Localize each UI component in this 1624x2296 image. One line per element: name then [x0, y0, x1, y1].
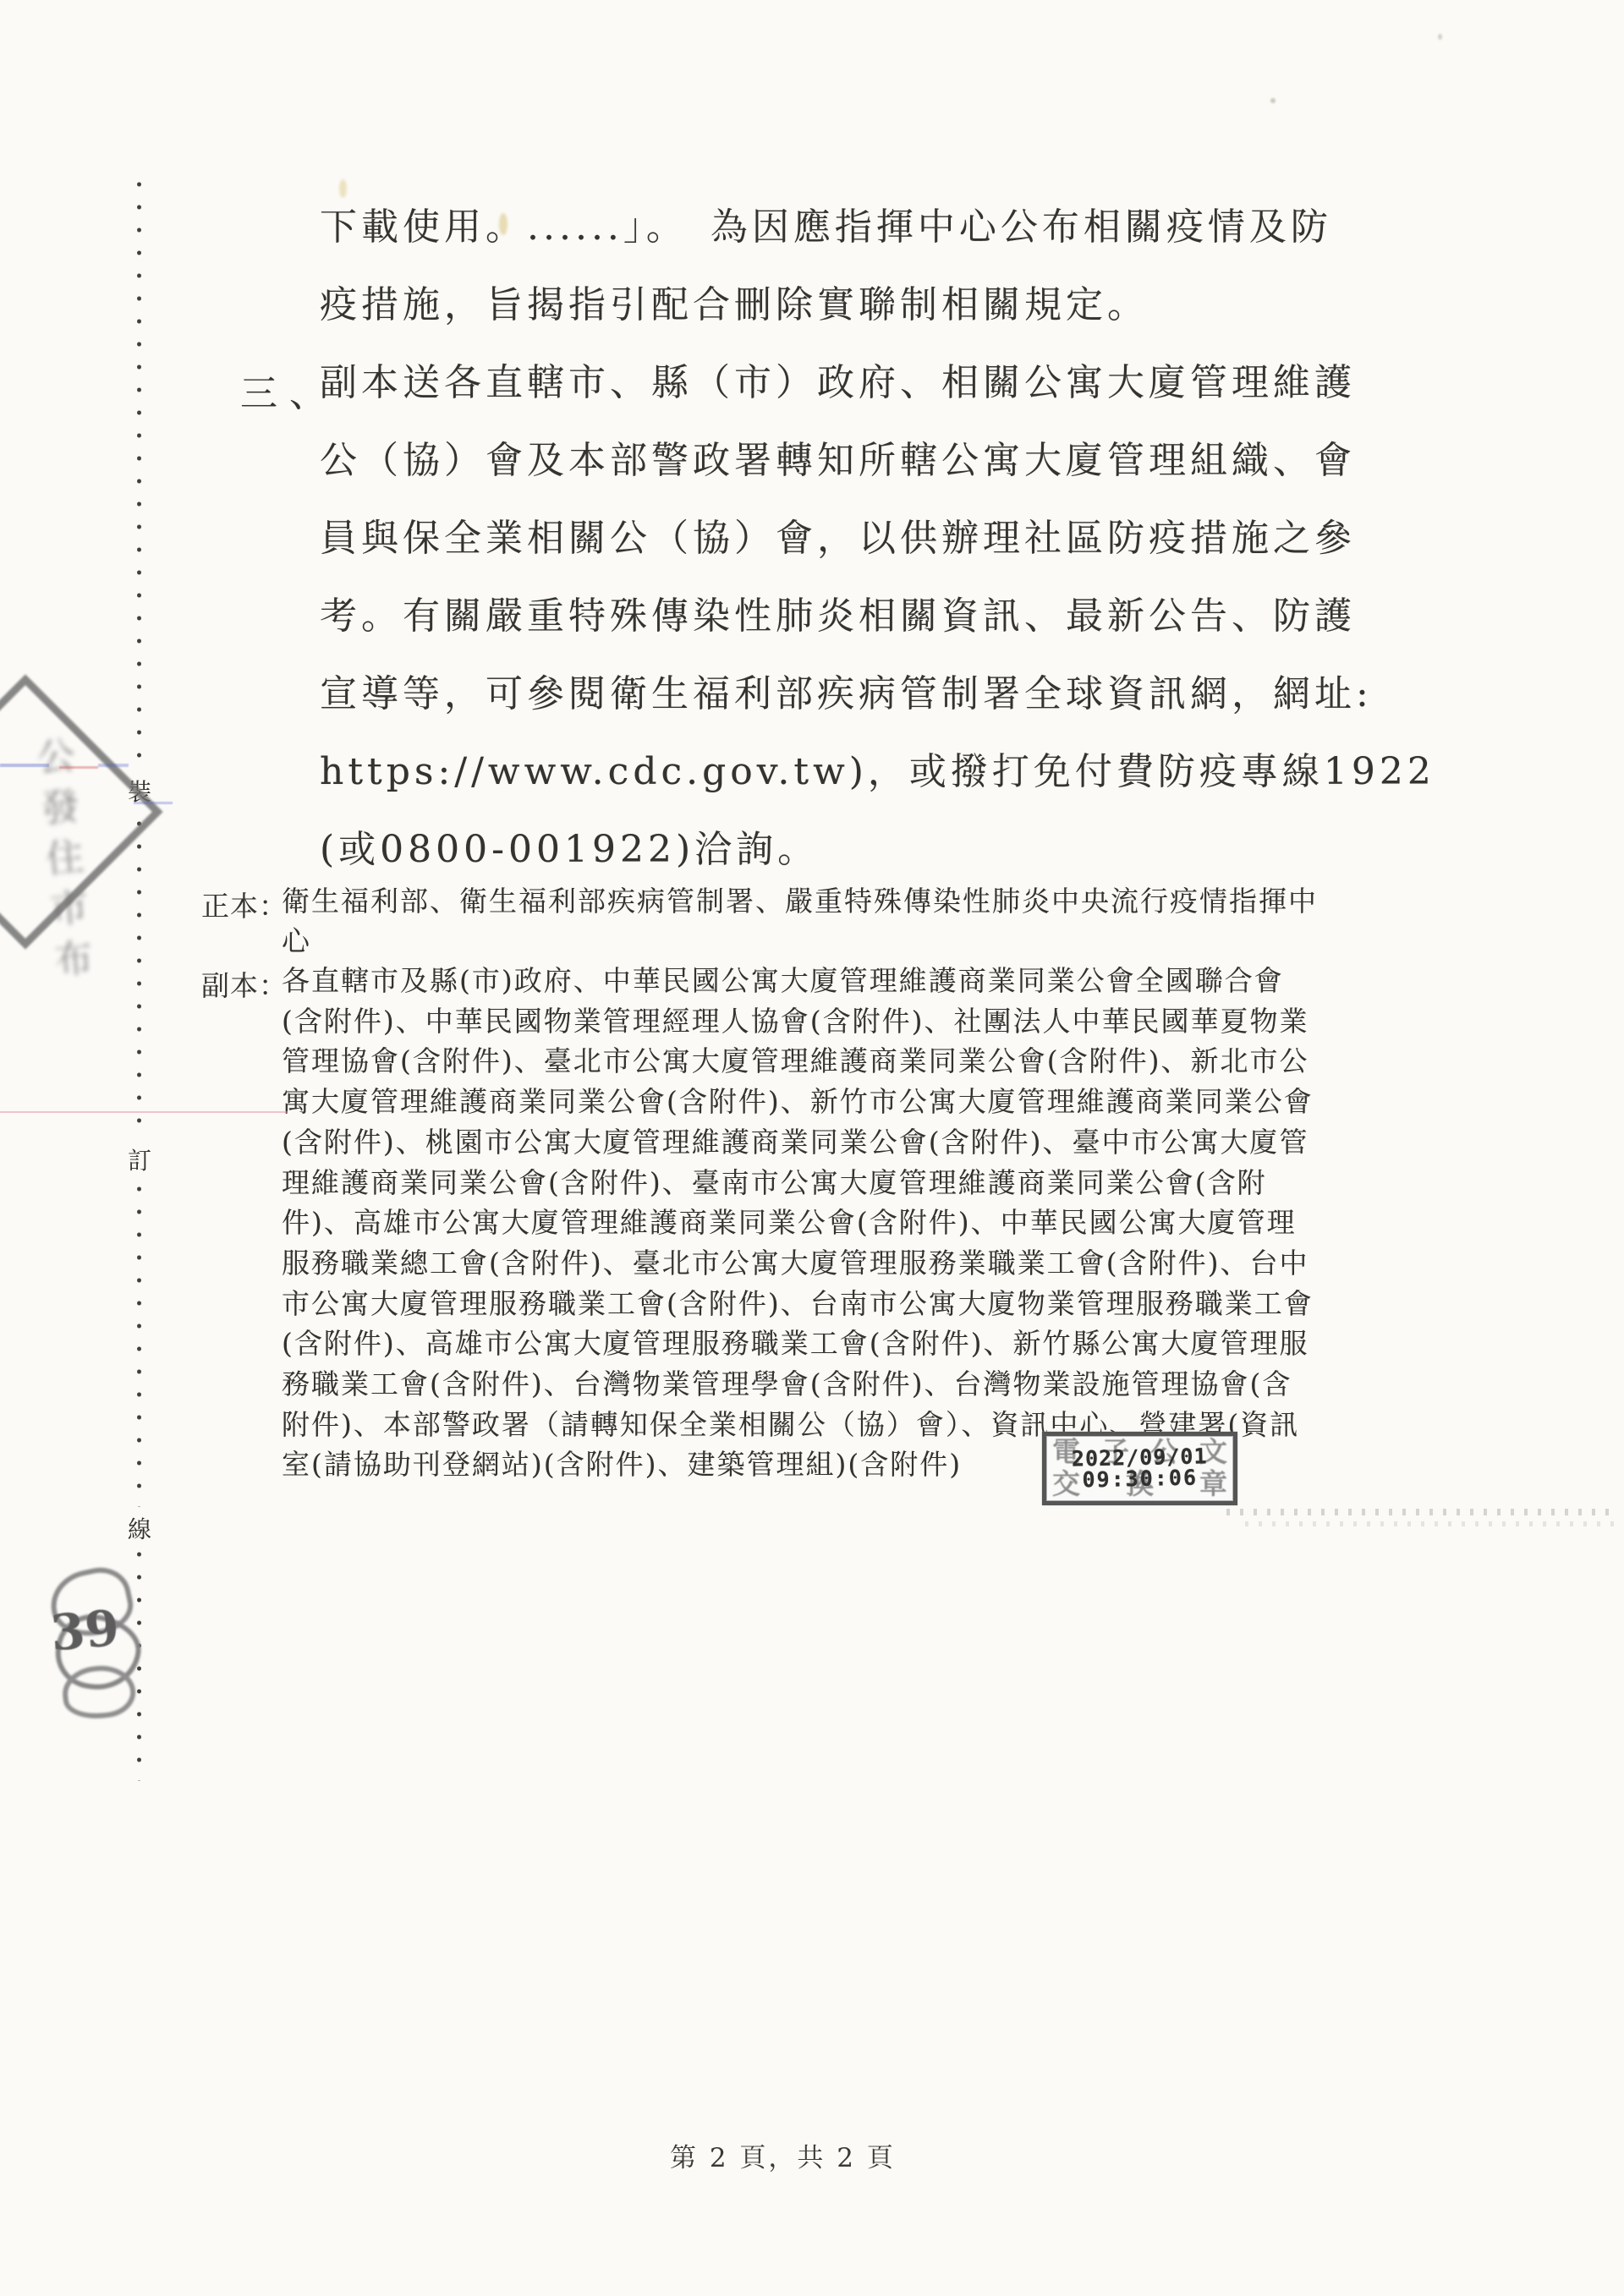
recipient-line: 心	[282, 924, 311, 958]
recipient-line: (含附件)、高雄市公寓大廈管理服務職業工會(含附件)、新竹縣公寓大廈管理服	[282, 1327, 1309, 1361]
scan-artifact-yellow-smudge	[499, 213, 507, 235]
recipient-line: 寓大廈管理維護商業同業公會(含附件)、新竹市公寓大廈管理維護商業同業公會	[282, 1085, 1314, 1119]
recipient-line: 務職業工會(含附件)、台灣物業管理學會(含附件)、台灣物業設施管理協會(含	[282, 1367, 1292, 1401]
recipient-line: 管理協會(含附件)、臺北市公寓大廈管理維護商業同業公會(含附件)、新北市公	[282, 1044, 1309, 1078]
recipient-line: 理維護商業同業公會(含附件)、臺南市公寓大廈管理維護商業同業公會(含附	[282, 1166, 1267, 1200]
exchange-stamp-datetime: 2022/09/01 09:30:06	[1046, 1445, 1234, 1492]
paragraph-line: 疫措施，旨揭指引配合刪除實聯制相關規定。	[320, 285, 1149, 326]
scan-artifact-speck	[1270, 98, 1276, 103]
binding-mark: 線	[123, 1507, 156, 1549]
scan-artifact-dash-band	[1226, 1509, 1617, 1515]
paragraph-line: 副本送各直轄市、縣（市）政府、相關公寓大廈管理維護	[320, 363, 1356, 403]
scan-artifact-blue-streak	[98, 764, 129, 767]
scan-artifact-blue-streak	[0, 764, 49, 767]
corner-seal-glyphs: 公發 住市 布	[35, 726, 151, 987]
scan-artifact-speck	[1438, 34, 1442, 40]
recipient-line: 市公寓大廈管理服務職業工會(含附件)、台南市公寓大廈物業管理服務職業工會	[282, 1287, 1314, 1321]
scan-artifact-red-streak	[59, 766, 98, 769]
recipient-line: 件)、高雄市公寓大廈管理維護商業同業公會(含附件)、中華民國公寓大廈管理	[282, 1206, 1297, 1240]
recipient-line: (含附件)、桃園市公寓大廈管理維護商業同業公會(含附件)、臺中市公寓大廈管	[282, 1126, 1309, 1159]
scan-artifact-yellow-smudge	[339, 179, 347, 198]
recipient-line: 服務職業總工會(含附件)、臺北市公寓大廈管理服務業職業工會(含附件)、台中	[282, 1247, 1309, 1280]
paragraph-line: 公（協）會及本部警政署轉知所轄公寓大廈管理組織、會	[320, 441, 1356, 481]
recipient-line: 室(請協助刊登網站)(含附件)、建築管理組)(含附件)	[282, 1448, 962, 1482]
recipient-line: 衛生福利部、衛生福利部疾病管制署、嚴重特殊傳染性肺炎中央流行疫情指揮中	[282, 885, 1318, 918]
scan-artifact-blue-streak	[134, 802, 173, 804]
scanned-document-page: 裝訂線 公發 住市 布 39 三、 下載使用。......」。 為因應指揮中心公…	[0, 0, 1624, 2296]
scan-artifact-dash-band	[1245, 1521, 1616, 1526]
paragraph-line: 下載使用。......」。 為因應指揮中心公布相關疫情及防	[320, 207, 1332, 248]
scan-artifact-pink-line	[0, 1111, 288, 1113]
ink-blob-number: 39	[48, 1599, 121, 1663]
recipients-original-label: 正本：	[201, 885, 288, 924]
recipient-line: 各直轄市及縣(市)政府、中華民國公寓大廈管理維護商業同業公會全國聯合會	[282, 964, 1284, 998]
exchange-stamp: 電子公文 交換章 2022/09/01 09:30:06	[1042, 1432, 1237, 1505]
paragraph-line: https://www.cdc.gov.tw)，或撥打免付費防疫專線1922	[320, 752, 1435, 792]
page-footer: 第 2 頁，共 2 頁	[670, 2136, 896, 2174]
binding-mark: 訂	[123, 1138, 156, 1181]
recipient-line: (含附件)、中華民國物業管理經理人協會(含附件)、社團法人中華民國華夏物業	[282, 1005, 1309, 1038]
paragraph-line: 宣導等，可參閱衛生福利部疾病管制署全球資訊網，網址:	[320, 674, 1373, 715]
recipients-copy-label: 副本：	[201, 964, 288, 1004]
paragraph-line: 員與保全業相關公（協）會，以供辦理社區防疫措施之參	[320, 518, 1356, 559]
paragraph-line: 考。有關嚴重特殊傳染性肺炎相關資訊、最新公告、防護	[320, 596, 1356, 637]
paragraph-line: (或0800-001922)洽詢。	[320, 830, 819, 870]
ink-blob-stamp: 39	[49, 1564, 142, 1708]
paragraph: 下載使用。......」。 為因應指揮中心公布相關疫情及防疫措施，旨揭指引配合刪…	[320, 207, 1504, 884]
